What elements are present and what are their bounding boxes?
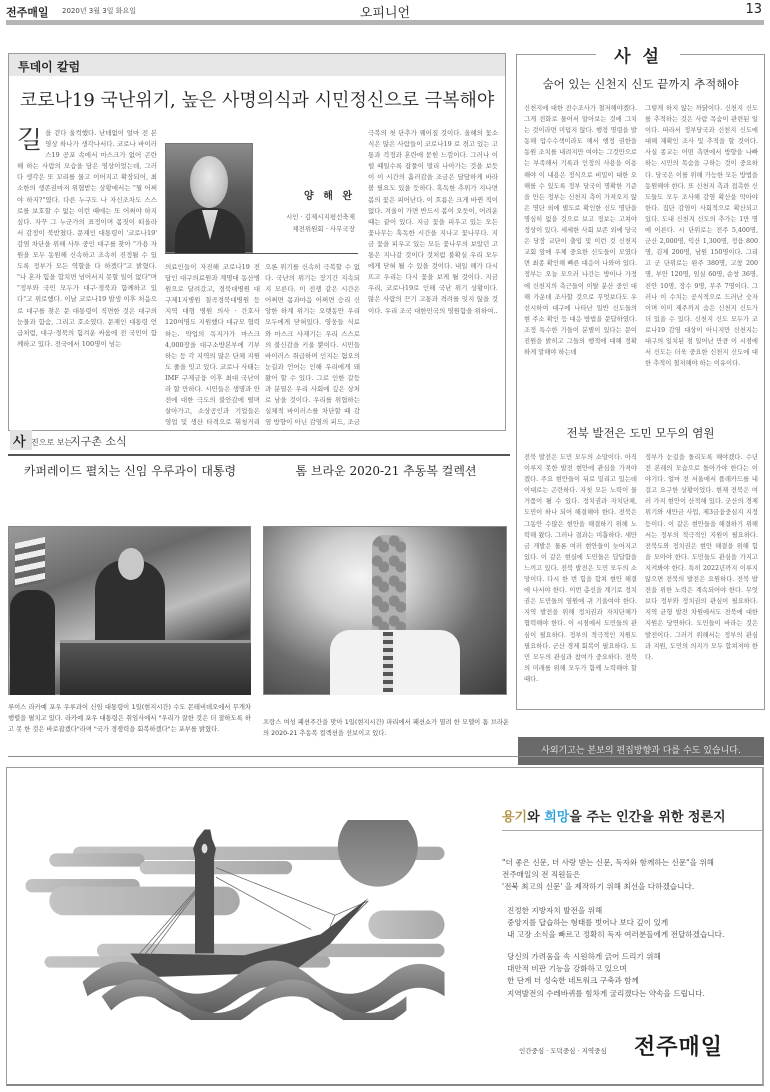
editorial-label: 사 설 bbox=[596, 42, 680, 67]
editorial-text: 그렇게 하지 않는 까닭이다. 신천지 신도를 추적하는 것은 사람 목숨이 관… bbox=[645, 103, 758, 393]
ad-paragraph: 진정한 지방자치 발전을 위해 중앙지를 답습하는 형태를 벗어나 보다 깊이 … bbox=[507, 905, 724, 942]
today-column-text-col4: 극복의 첫 단추가 꿰어질 것이다. 올해의 꽃소식은 많은 사람들이 코로나1… bbox=[368, 128, 498, 426]
today-column-header-bar bbox=[9, 54, 505, 76]
photo-news-rule bbox=[8, 454, 510, 456]
pen-nib-hole bbox=[202, 844, 208, 854]
photo-news-header-main: 지구촌 소식 bbox=[70, 433, 127, 449]
striped-tie-shape bbox=[383, 632, 393, 692]
author-role: 시인 · 김제시지평선축제 bbox=[255, 212, 355, 221]
editorial-title: 전북 발전은 도민 모두의 염원 bbox=[516, 425, 765, 441]
today-column-label: 투데이 칼럼 bbox=[18, 58, 80, 75]
photo-news-title: 카퍼레이드 펼치는 신임 우루과이 대통령 bbox=[8, 462, 252, 479]
ad-paragraph: 당신의 가려움을 속 시원하게 긁어 드리기 위해 대안적 비판 기능을 강화하… bbox=[507, 951, 705, 1000]
contribution-notice: 사외기고는 본보의 편집방향과 다를 수도 있습니다. bbox=[518, 737, 764, 765]
photo-caption: 프랑스 여성 패션주간을 맞아 1일(현지시간) 파리에서 패션쇼가 열려 한 … bbox=[263, 717, 509, 739]
newspaper-logo: 전주매일 bbox=[634, 1030, 723, 1061]
editorial-text: 정부가 눈길을 돌리도록 해야겠다. 수년 전 본래의 모습으로 돌아가야 한다… bbox=[645, 452, 758, 704]
today-column-title: 코로나19 국난위기, 높은 사명의식과 시민정신으로 극복해야 bbox=[9, 86, 505, 112]
today-column-text-col1: 길을 걷다 울컥했다. 난데없이 얼마 전 본 영상 하나가 생각나서다. 코로… bbox=[17, 128, 157, 426]
pen-nib-ship-illustration bbox=[25, 820, 445, 1020]
ad-slogan: 용기와 희망을 주는 인간을 위한 정론지 bbox=[502, 806, 726, 825]
wave-shapes bbox=[83, 960, 445, 1020]
flag-shape bbox=[15, 537, 45, 588]
editorial-top-rule bbox=[516, 54, 596, 55]
photo-caption: 루이스 라카예 포우 우루과이 신임 대통령이 1일(현지시간) 수도 몬테비데… bbox=[8, 702, 251, 735]
today-column-text-col2: 의료인들이 자진해 코로나19 전담인 대구의료원과 계명대 동산병원으로 달려… bbox=[165, 262, 260, 426]
section-divider bbox=[8, 756, 510, 757]
page-number: 13 bbox=[745, 2, 762, 17]
editorial-title: 숨어 있는 신천지 신도 끝까지 추적해야 bbox=[516, 76, 765, 92]
drop-cap: 길 bbox=[17, 128, 42, 152]
giraffe-mask-shape bbox=[372, 535, 406, 635]
section-title: 오피니언 bbox=[330, 2, 440, 21]
author-name: 양 해 완 bbox=[255, 187, 355, 202]
editorial-text: 전북 발전은 도민 모두의 소망이다. 아직 이루지 못한 발전 현안에 관심을… bbox=[524, 452, 637, 704]
sun-shape bbox=[338, 820, 418, 887]
editorial-top-rule bbox=[680, 54, 765, 55]
today-column-text-col3: 으론 위기를 신속히 극복할 수 없다. 국난의 위기는 장기간 지속되지 모른… bbox=[265, 262, 360, 426]
model-jacket-shape bbox=[330, 630, 460, 695]
bodyguard-shape bbox=[10, 590, 55, 695]
editorial-text: 신천지에 대한 전수조사가 철저해야겠다. 그게 전화로 물어서 알아보는 것에… bbox=[524, 103, 637, 393]
president-head-shape bbox=[118, 548, 144, 580]
author-face bbox=[190, 156, 228, 208]
author-divider bbox=[165, 253, 358, 254]
section-divider bbox=[510, 756, 762, 757]
header-rule bbox=[6, 20, 764, 25]
ad-slogan-rule bbox=[502, 830, 762, 831]
ad-tagline: 인간중심 · 도덕중심 · 지역중심 bbox=[519, 1046, 607, 1055]
author-role: 제전위원회 · 사무국장 bbox=[255, 224, 355, 233]
issue-date: 2020년 3월 3일 화요일 bbox=[62, 6, 136, 16]
ad-paragraph: "더 좋은 신문, 더 사랑 받는 신문, 독자와 함께하는 신문"을 위해 전… bbox=[502, 857, 714, 894]
photo-news-header-small: 진으로 보는 bbox=[31, 437, 72, 448]
photo-news-title: 톰 브라운 2020-21 추동복 컬렉션 bbox=[262, 462, 510, 479]
convertible-car-shape bbox=[60, 640, 251, 695]
photo-news-header-initial: 사 bbox=[13, 431, 26, 450]
newspaper-brand: 전주매일 bbox=[6, 4, 49, 20]
